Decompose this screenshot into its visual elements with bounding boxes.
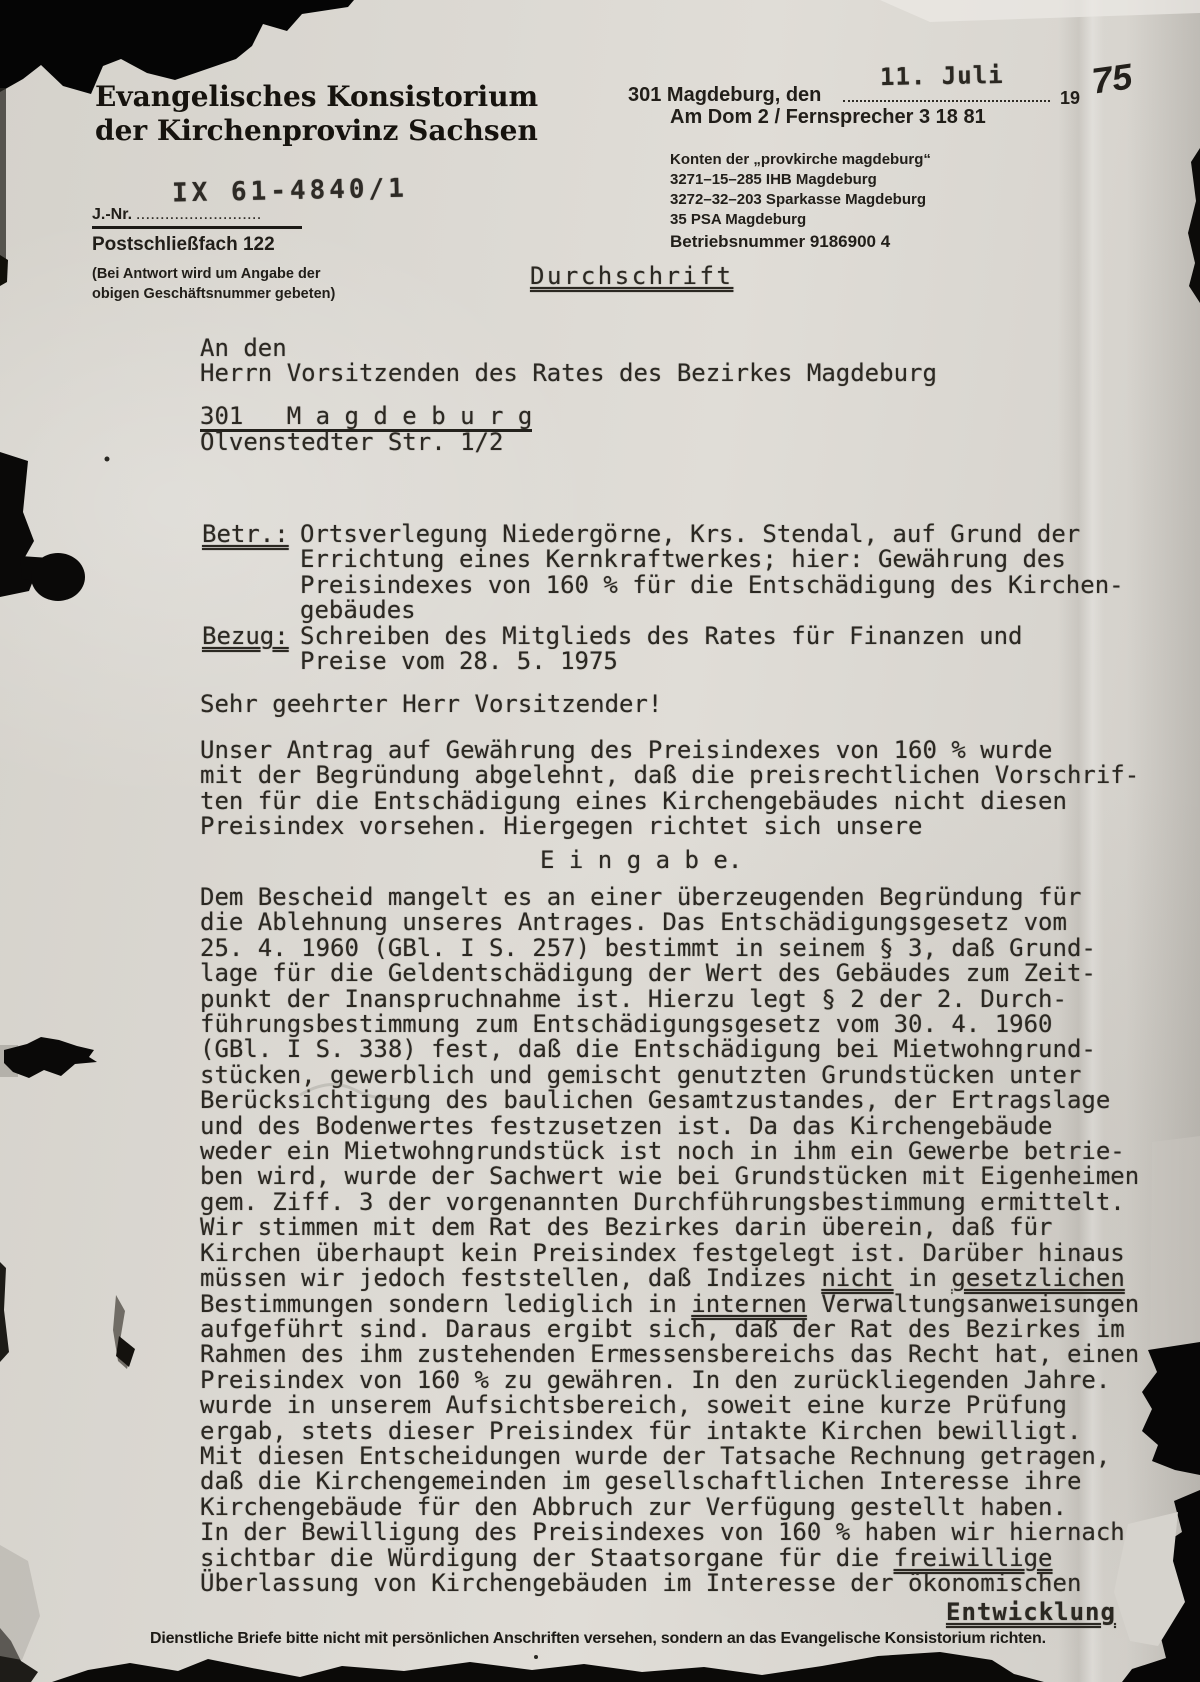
org-name-line1: Evangelisches Konsistorium [95, 80, 538, 114]
org-name-line2: der Kirchenprovinz Sachsen [95, 114, 538, 148]
betriebsnummer-line: Betriebsnummer 9186900 4 [670, 232, 890, 252]
ink-speck-1 [105, 457, 110, 462]
paragraph-2-line27: sichtbar die Würdigung der Staatsorgane … [200, 1546, 1139, 1571]
right-edge-sliver-top [1188, 148, 1200, 303]
line16-pre: müssen wir jedoch feststellen, daß Indiz… [200, 1264, 821, 1292]
bank-account-lines: Konten der „provkirche magdeburg“ 3271–1… [670, 150, 931, 230]
ink-blot-left-connector [20, 556, 50, 582]
bottom-left-corner-tear [0, 1628, 38, 1682]
ink-speck-2 [534, 1655, 538, 1659]
line17-post: Verwaltungsanweisungen [807, 1290, 1139, 1318]
recipient-line1: An den [200, 336, 287, 361]
paragraph-2-part1: Dem Bescheid mangelt es an einer überzeu… [200, 885, 1139, 1266]
torn-streak-top-right [880, 0, 1200, 22]
jnr-label: J.-Nr. .......................... [92, 206, 262, 224]
eingabe-heading: E i n g a b e. [540, 848, 742, 873]
line17-underlined-internen: internen [691, 1290, 807, 1318]
closing-word: Entwicklung [946, 1598, 1116, 1626]
bottom-edge-tears [52, 1652, 1044, 1682]
line27-underlined-freiwillige: freiwillige [894, 1544, 1053, 1572]
ink-blot-round [31, 553, 85, 601]
betr-label-text: Betr.: [202, 520, 289, 548]
salutation: Sehr geehrter Herr Vorsitzender! [200, 692, 662, 717]
jnr-rule [92, 226, 302, 229]
left-edge-sliver [0, 1262, 9, 1362]
left-edge-shadow [0, 88, 6, 263]
reply-note: (Bei Antwort wird um Angabe der obigen G… [92, 264, 335, 304]
street-phone-line: Am Dom 2 / Fernsprecher 3 18 81 [670, 106, 986, 129]
typed-date: 11. Juli [880, 61, 1004, 91]
year-handwritten: 75 [1089, 55, 1135, 102]
durchschrift-label: Durchschrift [530, 262, 733, 290]
betr-label: Betr.: [202, 522, 289, 547]
gray-smudge-left [0, 1045, 18, 1077]
jnr-dotted-line: .......................... [136, 208, 262, 222]
tear-mark-left-dark [116, 1336, 135, 1367]
file-number-stamp: IX 61-4840/1 [172, 174, 408, 209]
city-date-line: 301 Magdeburg, den [628, 84, 821, 107]
ink-blot-left-wedge [0, 452, 40, 597]
recipient-line2: Herrn Vorsitzenden des Rates des Bezirke… [200, 361, 937, 386]
year-printed: 19 [1060, 88, 1080, 109]
footer-notice: Dienstliche Briefe bitte nicht mit persö… [150, 1630, 1046, 1648]
betr-text: Ortsverlegung Niedergörne, Krs. Stendal,… [300, 522, 1124, 624]
paragraph-2-line17: Bestimmungen sondern lediglich in intern… [200, 1292, 1139, 1317]
line27-pre: sichtbar die Würdigung der Staatsorgane … [200, 1544, 894, 1572]
paragraph-2-line16: müssen wir jedoch feststellen, daß Indiz… [200, 1266, 1139, 1291]
jnr-label-text: J.-Nr. [92, 206, 132, 223]
line16-underlined-nicht: nicht [821, 1264, 893, 1292]
paragraph-2-part2: aufgeführt sind. Daraus ergibt sich, daß… [200, 1317, 1139, 1546]
tear-mark-left-gray [113, 1295, 131, 1369]
recipient-street: Olvenstedter Str. 1/2 [200, 430, 503, 455]
line17-pre: Bestimmungen sondern lediglich in [200, 1290, 691, 1318]
right-torn-flap-gray [1150, 1136, 1200, 1350]
bezug-label-text: Bezug: [202, 622, 289, 650]
line16-mid: in [894, 1264, 952, 1292]
ink-blot-splat [4, 1037, 97, 1078]
pobox-line: Postschließfach 122 [92, 234, 275, 256]
right-torn-notch [1142, 1342, 1200, 1475]
paragraph-2-line28: Überlassung von Kirchengebäuden im Inter… [200, 1571, 1139, 1596]
bezug-label: Bezug: [202, 624, 289, 649]
bottom-left-gray-tear [0, 1545, 40, 1660]
paragraph-2: Dem Bescheid mangelt es an einer überzeu… [200, 885, 1139, 1596]
left-edge-notch [0, 255, 8, 286]
bezug-text: Schreiben des Mitglieds des Rates für Fi… [300, 624, 1022, 675]
scanned-letter-page: Evangelisches Konsistorium der Kirchenpr… [0, 0, 1200, 1682]
line16-underlined-gesetzlichen: gesetzlichen [951, 1264, 1124, 1292]
paragraph-1: Unser Antrag auf Gewährung des Preisinde… [200, 738, 1139, 840]
